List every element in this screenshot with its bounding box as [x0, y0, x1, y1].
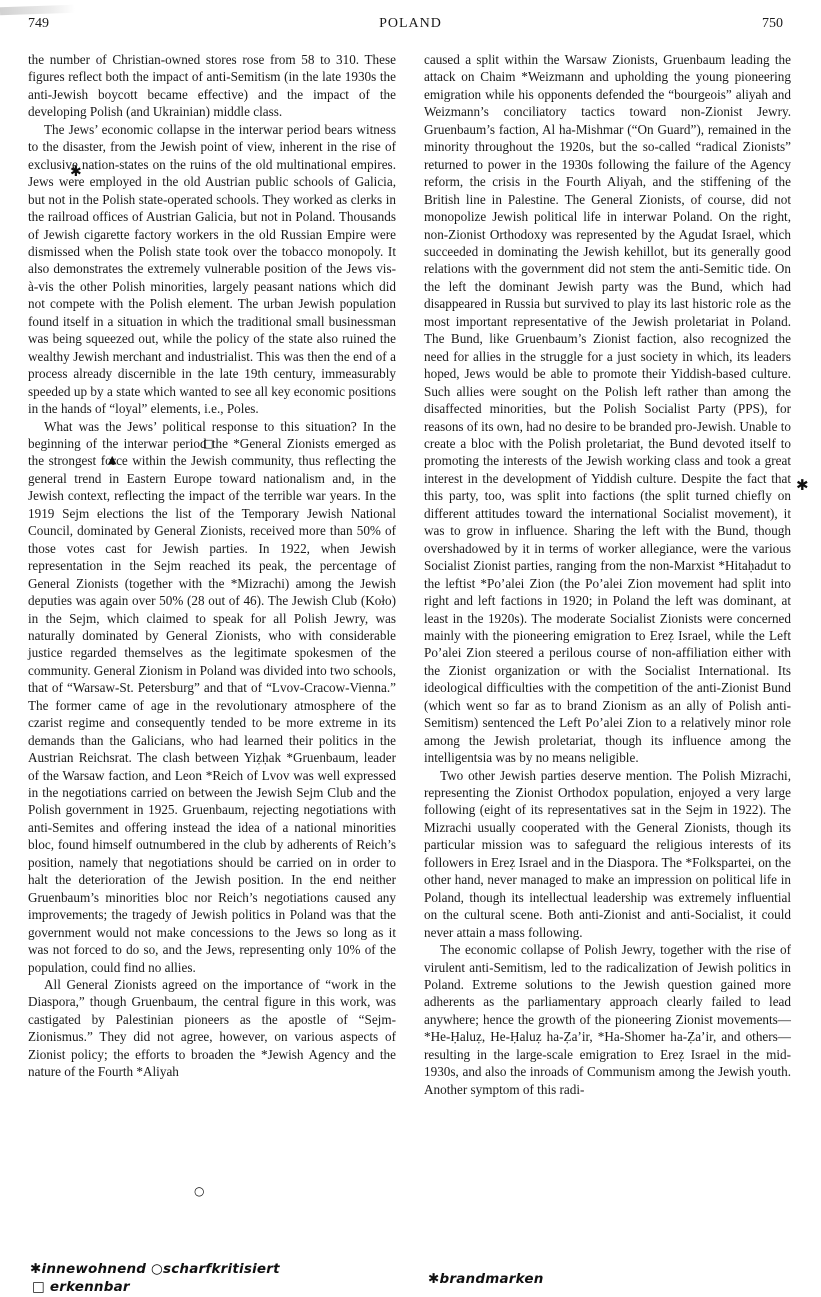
page-number-right: 750: [762, 16, 783, 32]
paragraph: The economic collapse of Polish Jewry, t…: [424, 941, 791, 1098]
paragraph: caused a split within the Warsaw Zionist…: [424, 51, 791, 767]
handwritten-note-left-line2: □ erkennbar: [32, 1279, 130, 1295]
paragraph: All General Zionists agreed on the impor…: [28, 976, 396, 1081]
scanned-book-page-spread: 749 POLAND 750 the number of Christian-o…: [0, 0, 821, 1297]
left-column: the number of Christian-owned stores ros…: [28, 51, 396, 1081]
handwritten-box-mark-icon: □: [203, 437, 213, 450]
handwritten-triangle-mark-icon: ▲: [108, 453, 116, 466]
paragraph: What was the Jews’ political response to…: [28, 418, 396, 977]
paragraph: The Jews’ economic collapse in the inter…: [28, 121, 396, 418]
handwritten-star-mark-icon: ✱: [796, 476, 809, 494]
paragraph: the number of Christian-owned stores ros…: [28, 51, 396, 121]
paragraph: Two other Jewish parties deserve mention…: [424, 767, 791, 942]
handwritten-circle-mark-icon: ○: [194, 1184, 204, 1198]
right-column: caused a split within the Warsaw Zionist…: [424, 51, 791, 1098]
handwritten-star-mark-icon: ✱: [70, 164, 82, 180]
running-head-title: POLAND: [0, 16, 821, 32]
handwritten-note-right: ✱brandmarken: [428, 1271, 544, 1287]
page-header: 749 POLAND 750: [0, 14, 821, 34]
handwritten-note-left-line1: ✱innewohnend ○scharfkritisiert: [30, 1261, 280, 1277]
